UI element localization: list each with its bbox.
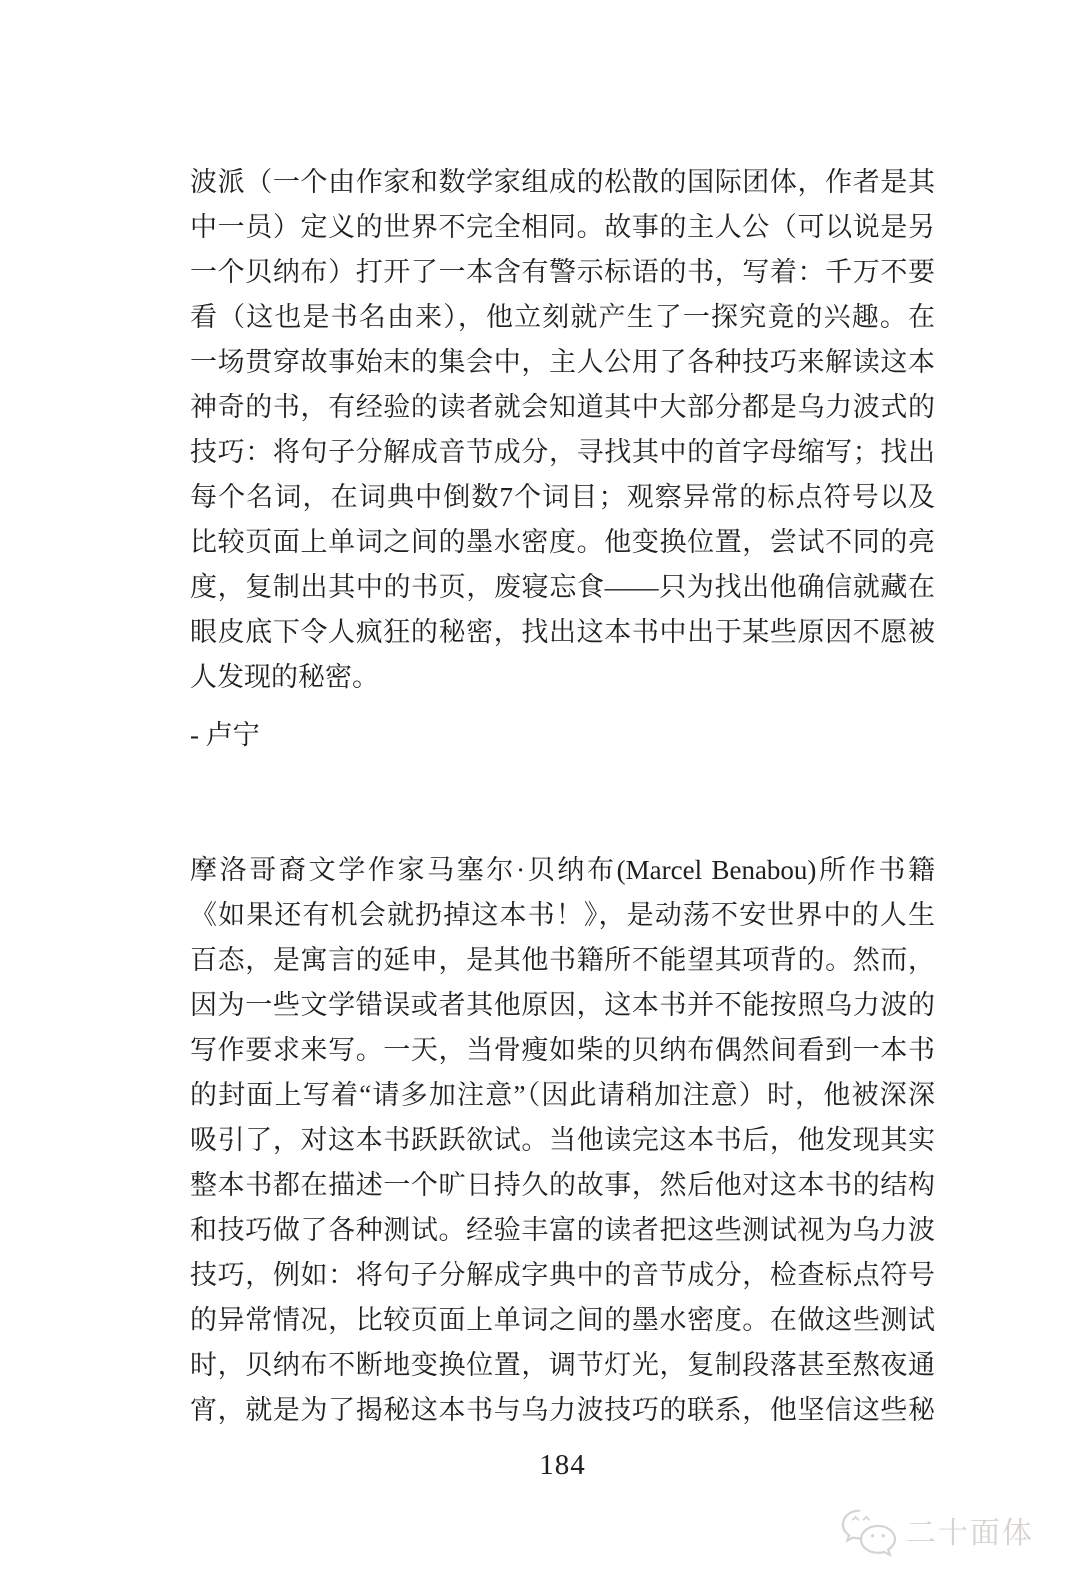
paragraph-line: 眼皮底下令人疯狂的秘密，找出这本书中出于某些原因不愿被 — [190, 610, 935, 655]
author-signature: - 卢宁 — [190, 713, 935, 758]
paragraph-line: 中一员）定义的世界不完全相同。故事的主人公（可以说是另 — [190, 205, 935, 250]
paragraph-line: 因为一些文学错误或者其他原因，这本书并不能按照乌力波的 — [190, 983, 935, 1028]
paragraph-line: 波派（一个由作家和数学家组成的松散的国际团体，作者是其 — [190, 160, 935, 205]
paragraph-line: 技巧：将句子分解成音节成分，寻找其中的首字母缩写；找出 — [190, 430, 935, 475]
paragraph-line: 比较页面上单词之间的墨水密度。他变换位置，尝试不同的亮 — [190, 520, 935, 565]
paragraph-line: 一个贝纳布）打开了一本含有警示标语的书，写着：千万不要 — [190, 250, 935, 295]
paragraph-line: 人发现的秘密。 — [190, 655, 935, 700]
paragraph-line: 整本书都在描述一个旷日持久的故事，然后他对这本书的结构 — [190, 1163, 935, 1208]
paragraph-line: 的封面上写着“请多加注意”（因此请稍加注意）时，他被深深 — [190, 1073, 935, 1118]
paragraph-line: 摩洛哥裔文学作家马塞尔·贝纳布(Marcel Benabou)所作书籍 — [190, 848, 935, 893]
paragraph-line: 吸引了，对这本书跃跃欲试。当他读完这本书后，他发现其实 — [190, 1118, 935, 1163]
book-page: 波派（一个由作家和数学家组成的松散的国际团体，作者是其 中一员）定义的世界不完全… — [0, 0, 1080, 1584]
page-number: 184 — [190, 1443, 935, 1488]
paragraph-line: 写作要求来写。一天，当骨瘦如柴的贝纳布偶然间看到一本书 — [190, 1028, 935, 1073]
paragraph-line: 时，贝纳布不断地变换位置，调节灯光，复制段落甚至熬夜通 — [190, 1343, 935, 1388]
paragraph-line: 度，复制出其中的书页，废寝忘食——只为找出他确信就藏在 — [190, 565, 935, 610]
text-column: 波派（一个由作家和数学家组成的松散的国际团体，作者是其 中一员）定义的世界不完全… — [190, 160, 935, 1488]
paragraph-line: 和技巧做了各种测试。经验丰富的读者把这些测试视为乌力波 — [190, 1208, 935, 1253]
paragraph-line: 宵，就是为了揭秘这本书与乌力波技巧的联系，他坚信这些秘 — [190, 1388, 935, 1433]
publisher-watermark: 二十面体 — [840, 1508, 1034, 1560]
watermark-label: 二十面体 — [906, 1508, 1034, 1560]
paragraph-line: 的异常情况，比较页面上单词之间的墨水密度。在做这些测试 — [190, 1298, 935, 1343]
paragraph-line: 一场贯穿故事始末的集会中，主人公用了各种技巧来解读这本 — [190, 340, 935, 385]
paragraph-line: 百态，是寓言的延申，是其他书籍所不能望其项背的。然而， — [190, 938, 935, 983]
paragraph-2: 摩洛哥裔文学作家马塞尔·贝纳布(Marcel Benabou)所作书籍 《如果还… — [190, 848, 935, 1433]
paragraph-line: 神奇的书，有经验的读者就会知道其中大部分都是乌力波式的 — [190, 385, 935, 430]
wechat-bubbles-icon — [840, 1508, 898, 1560]
paragraph-line: 每个名词，在词典中倒数7个词目；观察异常的标点符号以及 — [190, 475, 935, 520]
paragraph-line: 看（这也是书名由来），他立刻就产生了一探究竟的兴趣。在 — [190, 295, 935, 340]
paragraph-line: 技巧，例如：将句子分解成字典中的音节成分，检查标点符号 — [190, 1253, 935, 1298]
paragraph-1: 波派（一个由作家和数学家组成的松散的国际团体，作者是其 中一员）定义的世界不完全… — [190, 160, 935, 700]
paragraph-line: 《如果还有机会就扔掉这本书！》，是动荡不安世界中的人生 — [190, 893, 935, 938]
